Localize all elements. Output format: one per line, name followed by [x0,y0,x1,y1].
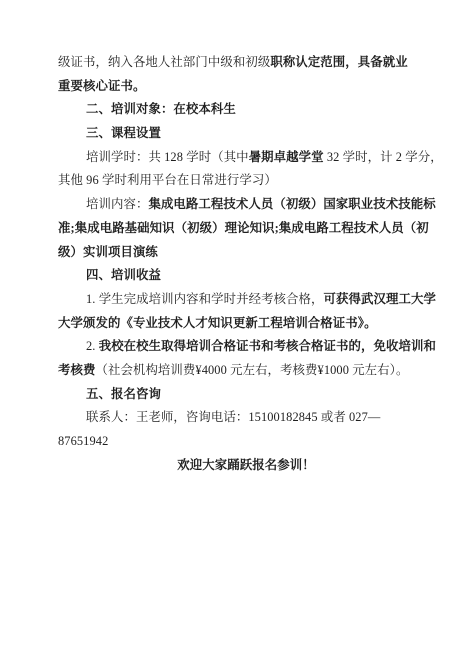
heading-training-target: 二、培训对象：在校本科生 [58,98,416,122]
body-line-certificate-scope-1: 级证书，纳入各地人社部门中级和初级职称认定范围，具备就业 [58,51,416,75]
body-line-training-content-3: 级）实训项目演练 [58,241,416,265]
text-run: 级证书，纳入各地人社部门中级和初级 [58,55,270,69]
text-run-bold: 大学颁发的《专业技术人才知识更新工程培训合格证书》。 [58,316,377,330]
body-line-benefit-1a: 1. 学生完成培训内容和学时并经考核合格，可获得武汉理工大学 [58,288,416,312]
text-run: 2. [86,339,99,353]
text-run-bold: 级）实训项目演练 [58,245,158,259]
body-line-benefit-2b: 考核费（社会机构培训费¥4000 元左右，考核费¥1000 元左右）。 [58,359,416,383]
body-line-training-hours-1: 培训学时：共 128 学时（其中暑期卓越学堂 32 学时，计 2 学分， [58,146,416,170]
heading-course-setup: 三、课程设置 [58,122,416,146]
text-run-bold: 集成电路工程技术人员（初级）国家职业技术技能标 [148,197,435,211]
text-run: 32 学时，计 2 学分， [324,150,443,164]
text-run: 1. 学生完成培训内容和学时并经考核合格， [86,292,324,306]
text-run-bold: 五、报名咨询 [86,387,161,401]
text-run: （社会机构培训费¥4000 元左右，考核费¥1000 元左右）。 [95,363,408,377]
heading-registration-consult: 五、报名咨询 [58,383,416,407]
text-run-bold: 可获得武汉理工大学 [324,292,436,306]
document-page: 级证书，纳入各地人社部门中级和初级职称认定范围，具备就业 重要核心证书。 二、培… [0,0,466,665]
text-run-bold: 重要核心证书。 [58,79,145,93]
body-line-certificate-scope-2: 重要核心证书。 [58,75,416,99]
heading-training-benefits: 四、培训收益 [58,264,416,288]
text-run: 培训内容： [86,197,148,211]
text-run-bold: 准;集成电路基础知识（初级）理论知识;集成电路工程技术人员（初 [58,221,429,235]
body-line-contact-2: 87651942 [58,430,416,454]
text-run-bold: 四、培训收益 [86,268,161,282]
text-run-bold: 考核费 [58,363,95,377]
body-line-training-content-1: 培训内容：集成电路工程技术人员（初级）国家职业技术技能标 [58,193,416,217]
text-run: 培训学时：共 128 学时（其中 [86,150,249,164]
closing-slogan: 欢迎大家踊跃报名参训！ [58,454,416,478]
text-run: 87651942 [58,434,108,448]
text-run: 联系人：王老师，咨询电话：15100182845 或者 027— [86,410,380,424]
body-line-training-hours-2: 其他 96 学时利用平台在日常进行学习） [58,169,416,193]
text-run-bold: 三、课程设置 [86,126,161,140]
text-run-bold: 欢迎大家踊跃报名参训！ [177,458,314,472]
body-line-benefit-1b: 大学颁发的《专业技术人才知识更新工程培训合格证书》。 [58,312,416,336]
text-run-bold: 职称认定范围，具备就业 [270,55,407,69]
text-run-bold: 我校在校生取得培训合格证书和考核合格证书的，免收培训和 [99,339,436,353]
text-run-bold: 二、培训对象：在校本科生 [86,102,236,116]
body-line-contact-1: 联系人：王老师，咨询电话：15100182845 或者 027— [58,406,416,430]
text-run-bold: 暑期卓越学堂 [249,150,324,164]
body-line-benefit-2a: 2. 我校在校生取得培训合格证书和考核合格证书的，免收培训和 [58,335,416,359]
body-line-training-content-2: 准;集成电路基础知识（初级）理论知识;集成电路工程技术人员（初 [58,217,416,241]
text-run: 其他 96 学时利用平台在日常进行学习） [58,173,277,187]
